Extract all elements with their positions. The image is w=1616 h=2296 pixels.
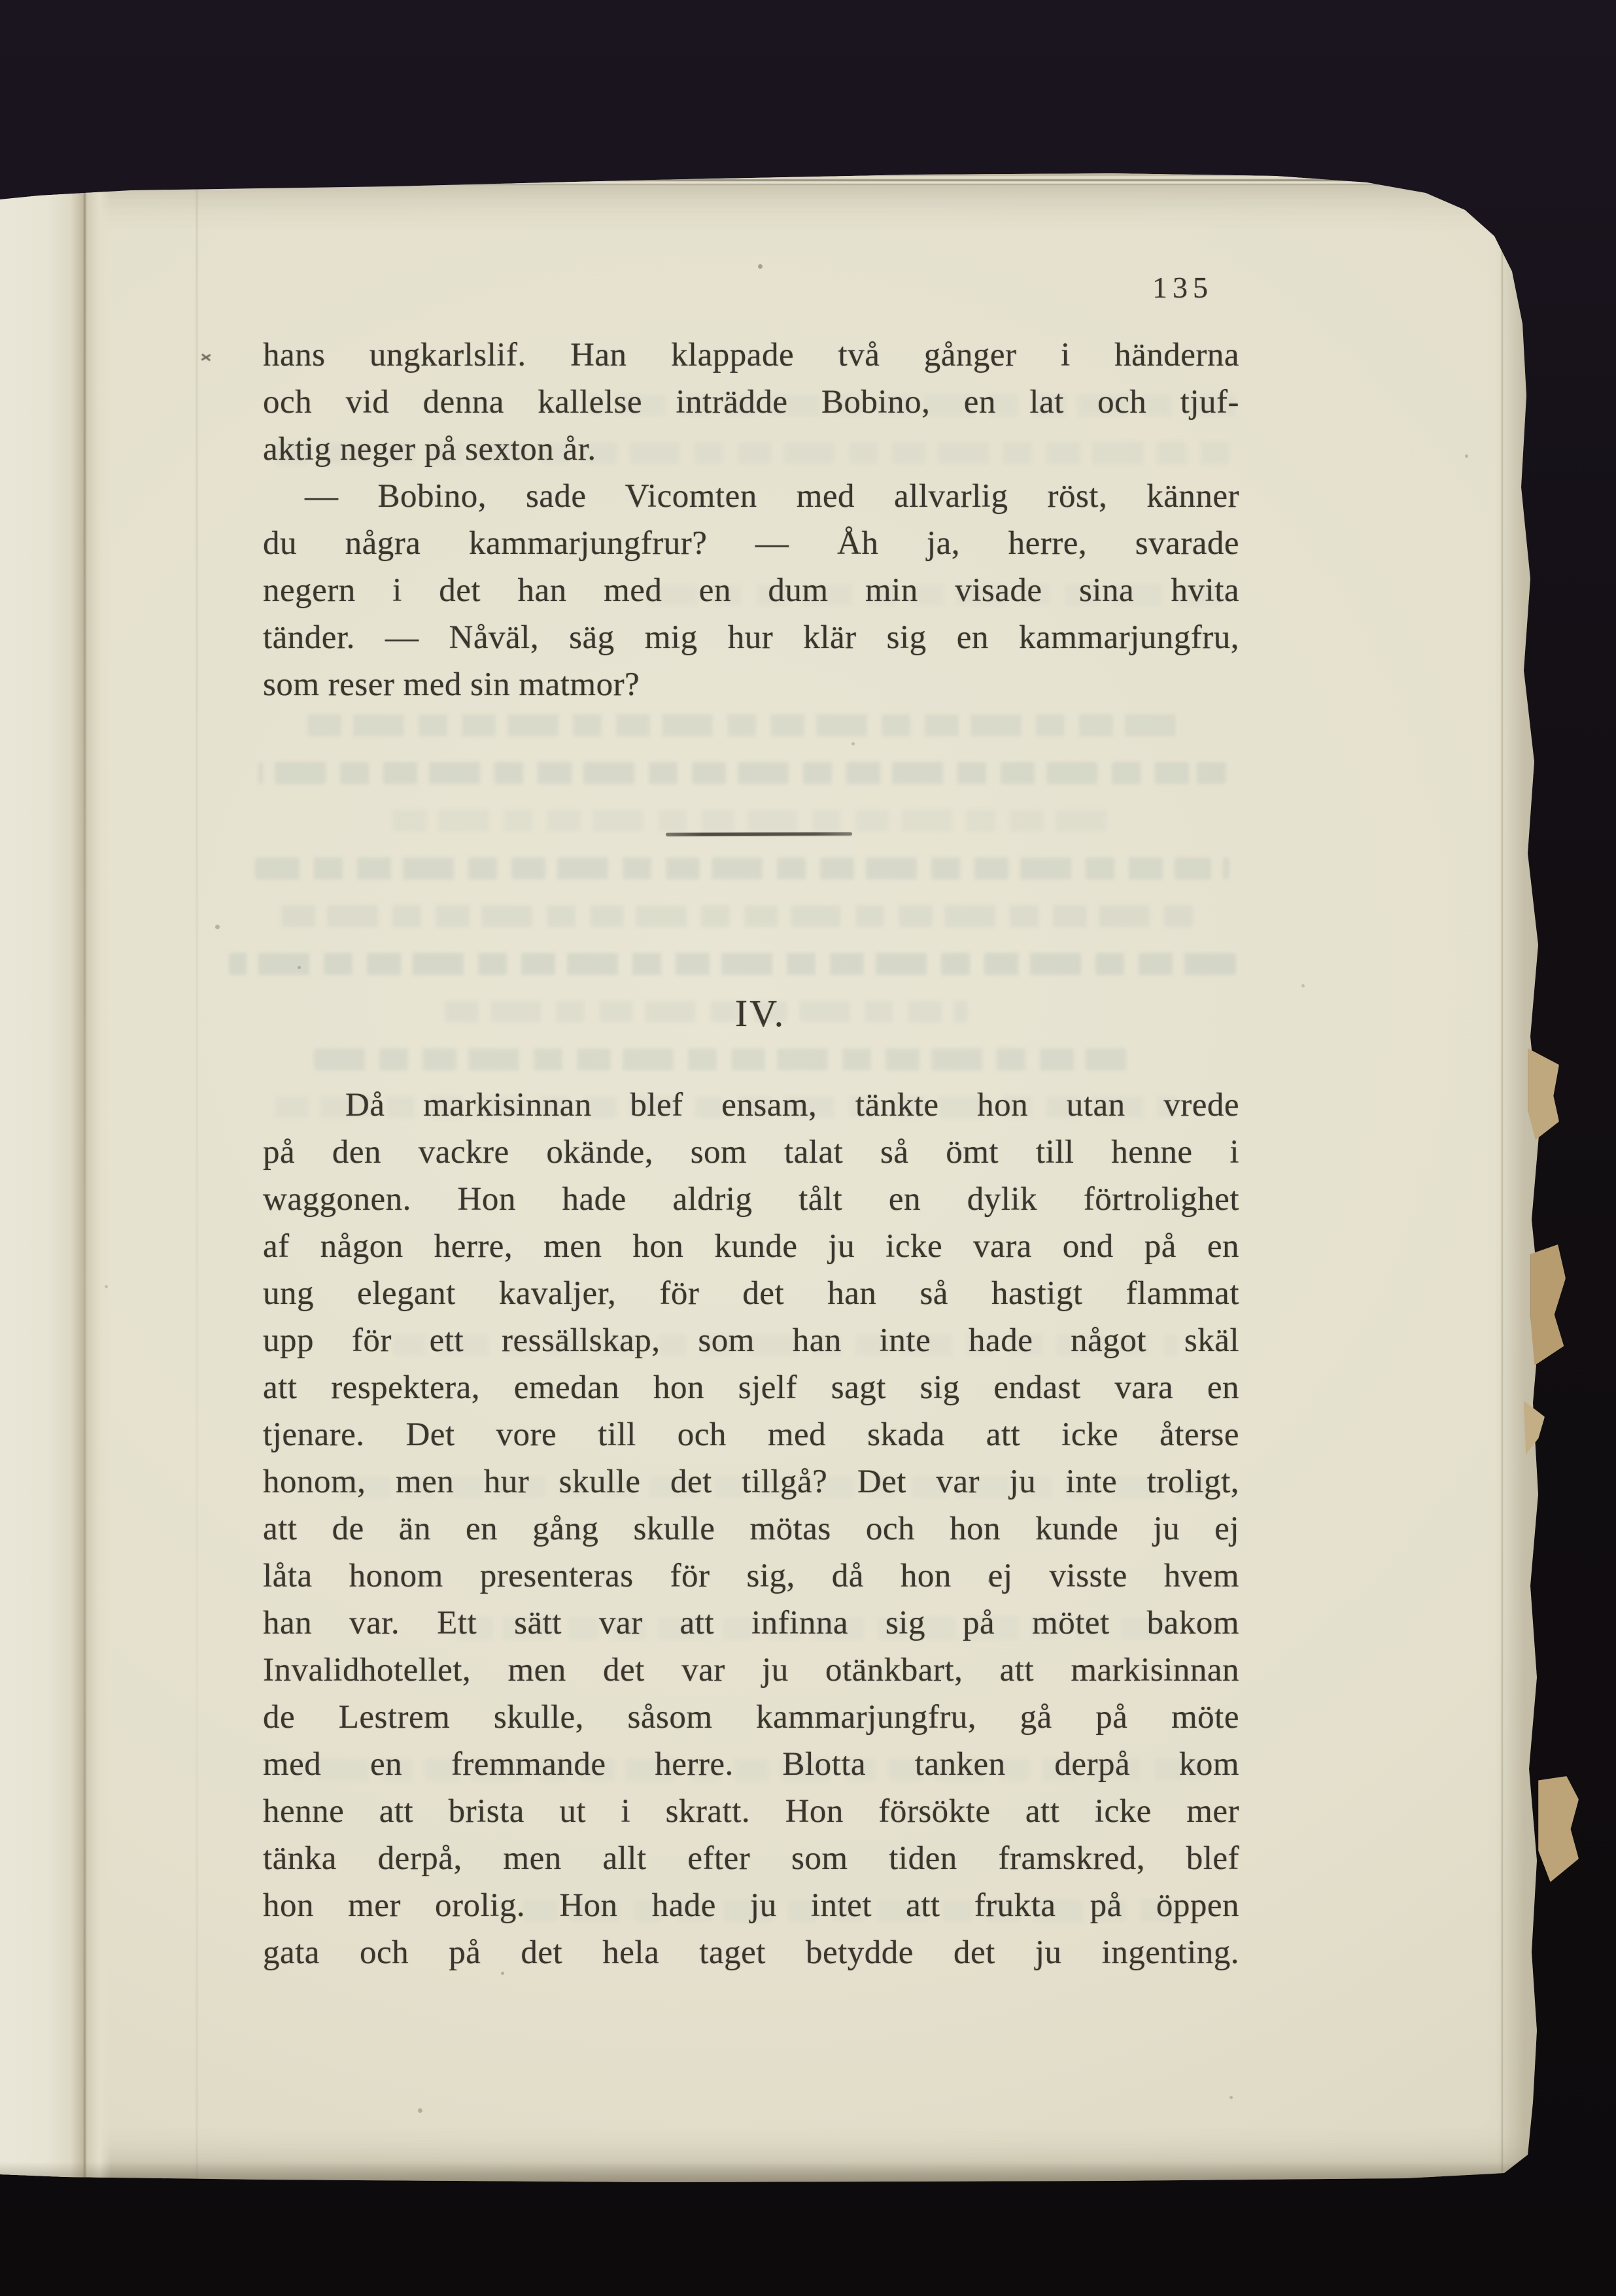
right-edge-shading bbox=[1496, 173, 1547, 2183]
paper-specks bbox=[0, 173, 3, 177]
scanned-book-photo: 135 hans ungkarlslif. Han klappade två g… bbox=[0, 0, 1616, 2296]
torn-paper-chip bbox=[1528, 1048, 1559, 1140]
book-page: 135 hans ungkarlslif. Han klappade två g… bbox=[0, 173, 1570, 2183]
section-divider-rule bbox=[666, 832, 852, 836]
text-line: Då markisinnan blef ensam, tänkte hon ut… bbox=[263, 1082, 1239, 1129]
showthrough-line bbox=[258, 762, 1226, 784]
text-line: låta honom presenteras för sig, då hon e… bbox=[263, 1552, 1239, 1600]
showthrough-line bbox=[281, 905, 1197, 927]
showthrough-line bbox=[229, 953, 1236, 975]
text-line: att respektera, emedan hon sjelf sagt si… bbox=[263, 1364, 1239, 1411]
bottom-edge-shading bbox=[0, 2162, 1570, 2183]
text-line: — Bobino, sade Vicomten med allvarlig rö… bbox=[263, 473, 1239, 520]
text-line: tänder. — Nåväl, säg mig hur klär sig en… bbox=[263, 614, 1239, 661]
text-line: ung elegant kavaljer, för det han så has… bbox=[263, 1270, 1239, 1317]
text-line: aktig neger på sexton år. bbox=[263, 426, 1239, 473]
showthrough-line bbox=[307, 714, 1184, 736]
text-line: han var. Ett sätt var att infinna sig på… bbox=[263, 1600, 1239, 1647]
text-line: med en fremmande herre. Blotta tanken de… bbox=[263, 1741, 1239, 1788]
text-line: de Lestrem skulle, såsom kammarjungfru, … bbox=[263, 1694, 1239, 1741]
text-line: du några kammarjungfrur? — Åh ja, herre,… bbox=[263, 520, 1239, 567]
chapter-heading: IV. bbox=[263, 987, 1239, 1040]
page-number: 135 bbox=[1152, 270, 1213, 305]
text-line: negern i det han med en dum min visade s… bbox=[263, 567, 1239, 614]
book-gutter-fold bbox=[0, 173, 111, 2183]
text-line: som reser med sin matmor? bbox=[263, 661, 1239, 708]
text-line: af någon herre, men hon kunde ju icke va… bbox=[263, 1223, 1239, 1270]
torn-paper-chip bbox=[1538, 1776, 1579, 1882]
text-line: tjenare. Det vore till och med skada att… bbox=[263, 1411, 1239, 1458]
text-line: hans ungkarlslif. Han klappade två gånge… bbox=[263, 332, 1239, 379]
text-line: att de än en gång skulle mötas och hon k… bbox=[263, 1505, 1239, 1552]
text-line: på den vackre okände, som talat så ömt t… bbox=[263, 1129, 1239, 1176]
text-line: Invalidhotellet, men det var ju otänkbar… bbox=[263, 1647, 1239, 1694]
page-crease-line bbox=[196, 173, 198, 2183]
text-line: henne att brista ut i skratt. Hon försök… bbox=[263, 1788, 1239, 1835]
text-line: tänka derpå, men allt efter som tiden fr… bbox=[263, 1835, 1239, 1882]
text-line: upp för ett ressällskap, som han inte ha… bbox=[263, 1317, 1239, 1364]
text-line: hon mer orolig. Hon hade ju intet att fr… bbox=[263, 1882, 1239, 1929]
gutter-crease-line bbox=[84, 173, 86, 2183]
text-line: honom, men hur skulle det tillgå? Det va… bbox=[263, 1458, 1239, 1505]
right-edge-crease-line bbox=[1502, 173, 1503, 2183]
showthrough-line bbox=[314, 1048, 1138, 1071]
showthrough-line bbox=[392, 810, 1112, 832]
showthrough-line bbox=[255, 857, 1229, 880]
paragraph-narrative: Då markisinnan blef ensam, tänkte hon ut… bbox=[263, 1082, 1239, 1976]
torn-paper-chip bbox=[1530, 1244, 1566, 1365]
page-top-deckle-edge bbox=[0, 173, 1570, 190]
text-line: gata och på det hela taget betydde det j… bbox=[263, 1929, 1239, 1976]
text-line: och vid denna kallelse inträdde Bobino, … bbox=[263, 379, 1239, 426]
text-line: waggonen. Hon hade aldrig tålt en dylik … bbox=[263, 1176, 1239, 1223]
margin-asterisk-mark bbox=[200, 351, 212, 363]
paragraph-dialogue: hans ungkarlslif. Han klappade två gånge… bbox=[263, 332, 1239, 708]
